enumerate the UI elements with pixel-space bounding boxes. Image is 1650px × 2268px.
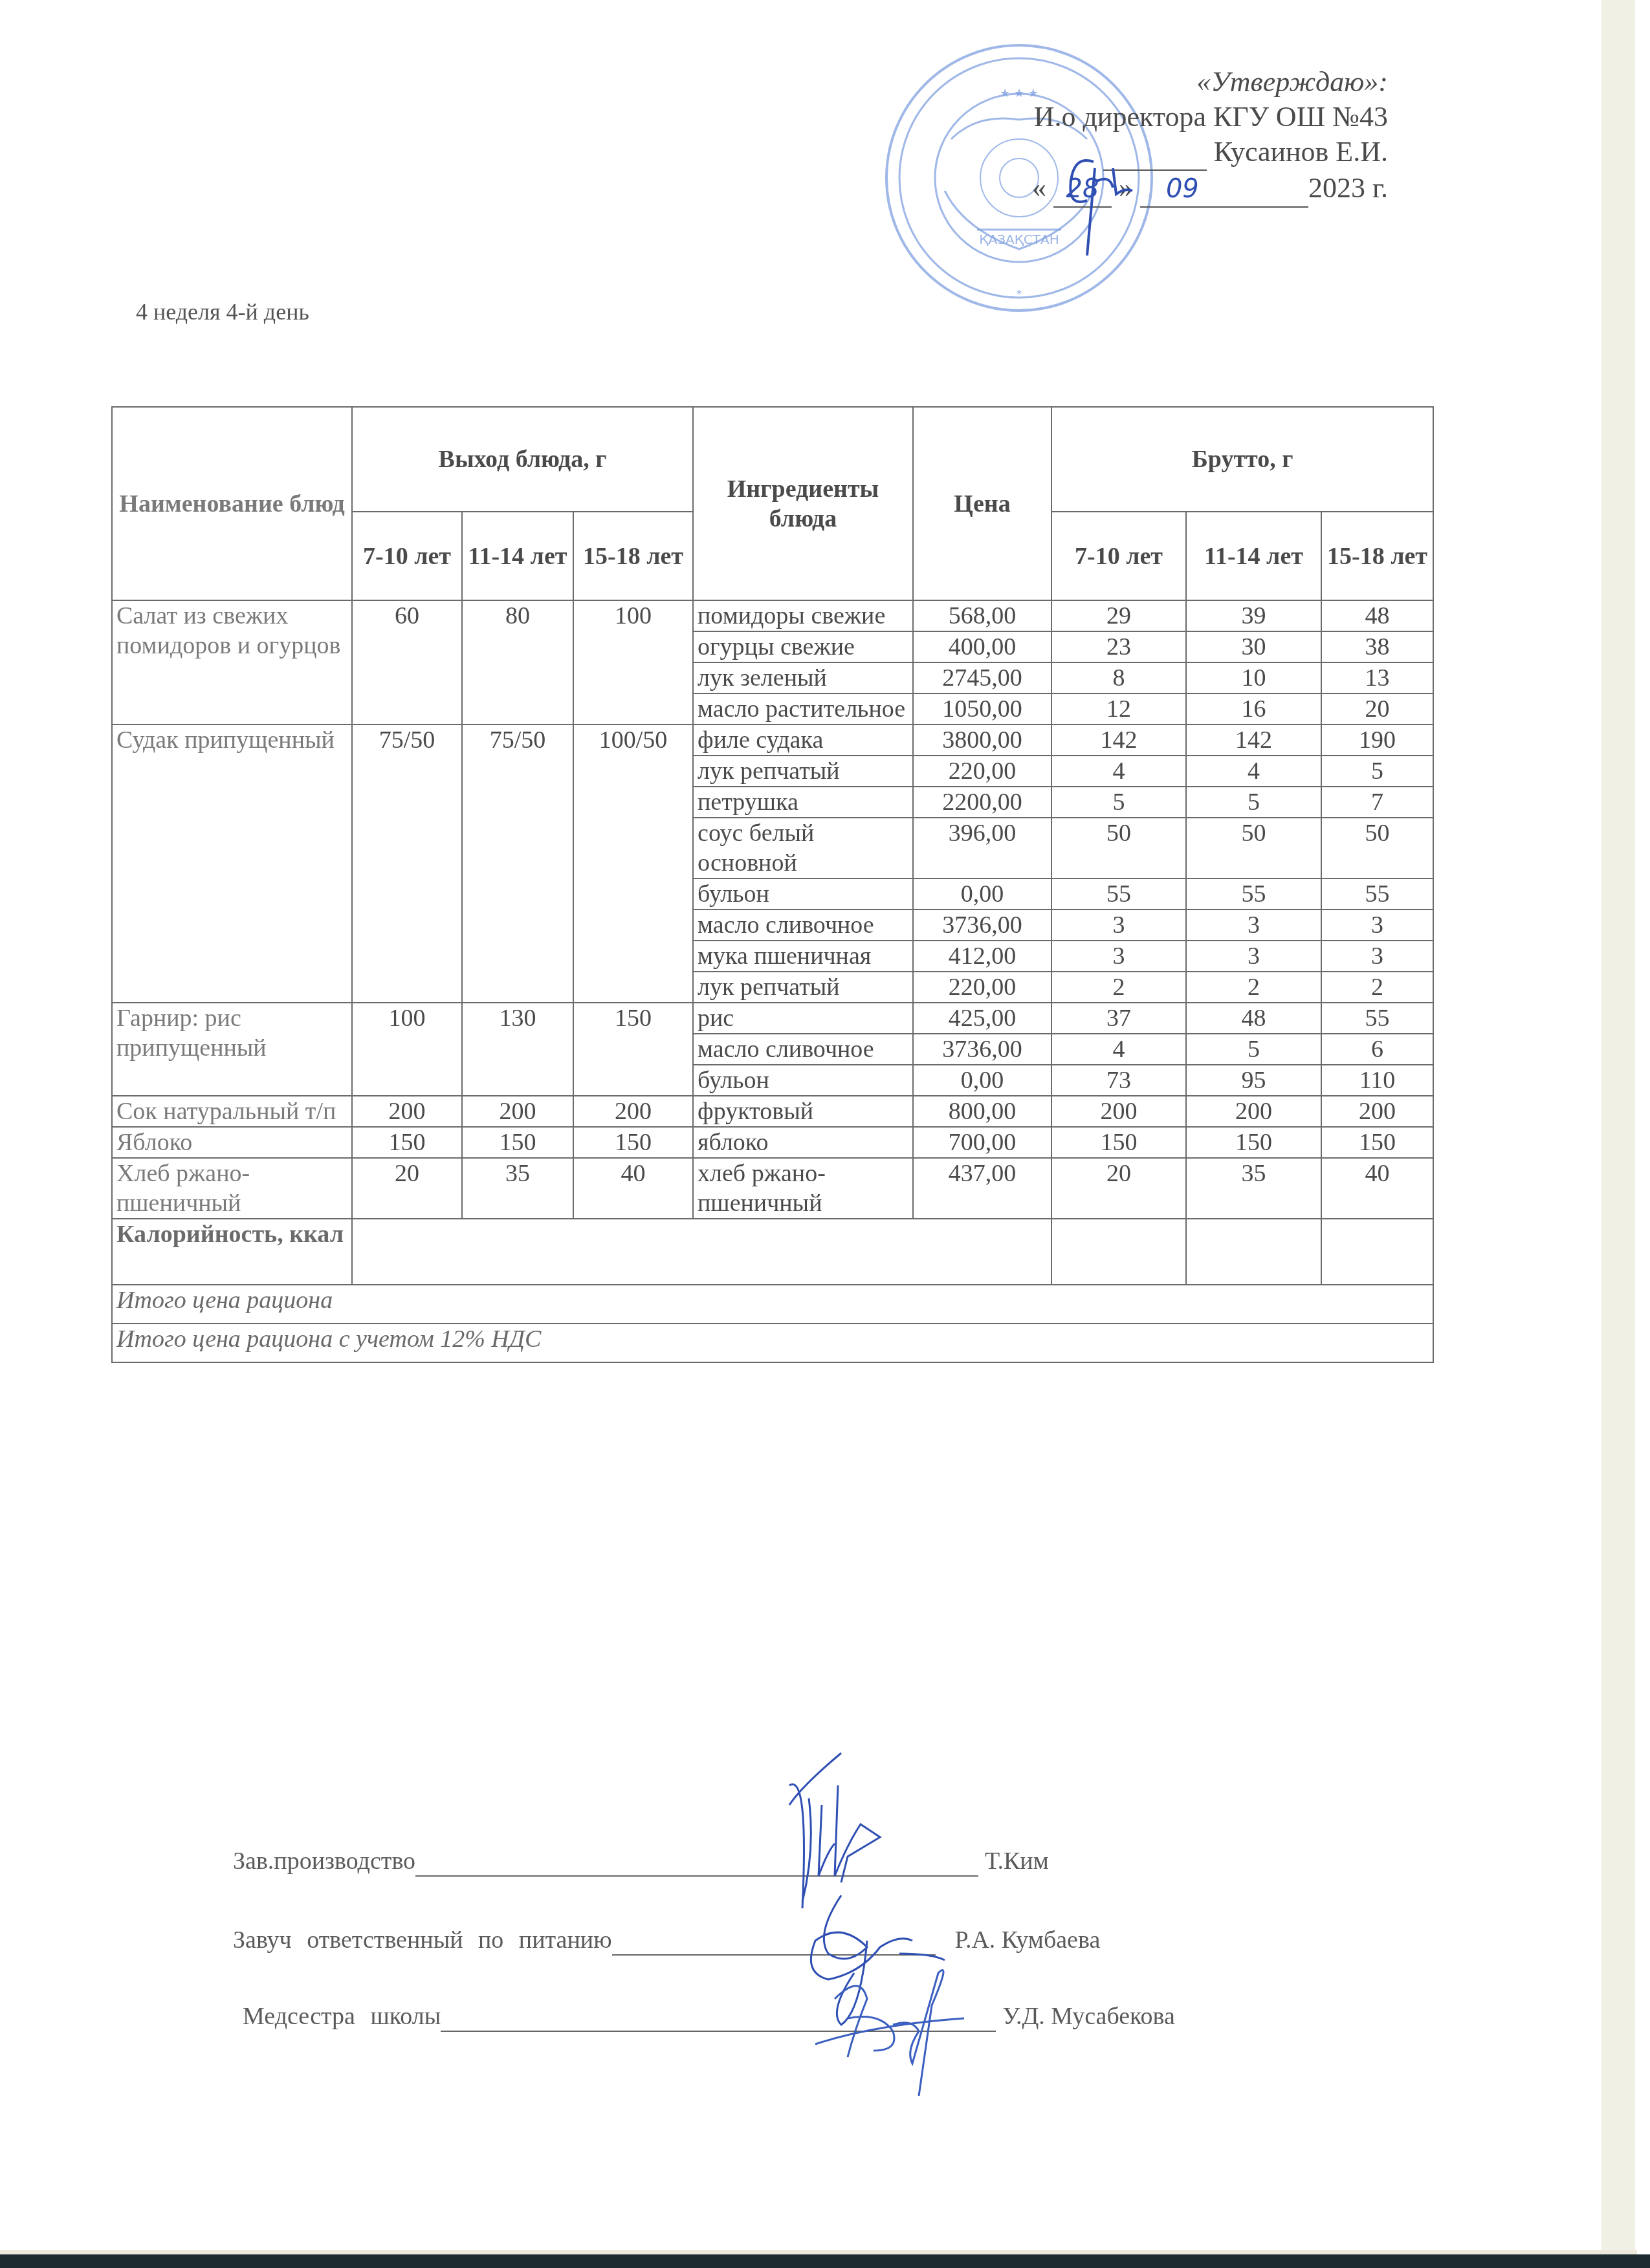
table-row: Сок натуральный т/п200200200фруктовый800… bbox=[112, 1096, 1433, 1127]
ingredient-price: 425,00 bbox=[913, 1003, 1051, 1034]
calories-15-18 bbox=[1321, 1219, 1433, 1285]
signature-name: Р.А. Кумбаева bbox=[955, 1926, 1101, 1954]
ingredient-name: бульон bbox=[693, 878, 913, 910]
ingredient-gross: 3 bbox=[1186, 910, 1321, 941]
header-yield-age-7-10: 7-10 лет bbox=[352, 512, 462, 600]
header-ingredients: Ингредиенты блюда bbox=[693, 407, 913, 600]
ingredient-price: 568,00 bbox=[913, 600, 1051, 631]
dish-name: Судак припущенный bbox=[112, 725, 352, 1003]
scan-background bbox=[0, 2254, 1650, 2268]
table-row: Салат из свежих помидоров и огурцов60801… bbox=[112, 600, 1433, 631]
ingredient-gross: 3 bbox=[1321, 910, 1433, 941]
ingredient-gross: 3 bbox=[1051, 910, 1186, 941]
ingredient-gross: 150 bbox=[1051, 1127, 1186, 1158]
approval-title: «Утверждаю»: bbox=[958, 65, 1388, 100]
ingredient-gross: 8 bbox=[1051, 662, 1186, 693]
ingredient-gross: 150 bbox=[1186, 1127, 1321, 1158]
dish-yield: 35 bbox=[462, 1158, 573, 1219]
handwritten-signature-icon bbox=[764, 1747, 932, 1915]
dish-name: Гарнир: рис припущенный bbox=[112, 1003, 352, 1096]
ingredient-gross: 200 bbox=[1051, 1096, 1186, 1127]
dish-yield: 100 bbox=[352, 1003, 462, 1096]
menu-table-body: Салат из свежих помидоров и огурцов60801… bbox=[112, 600, 1433, 1219]
total-vat-price-label: Итого цена рациона с учетом 12% НДС bbox=[112, 1324, 1433, 1362]
ingredient-price: 2200,00 bbox=[913, 787, 1051, 818]
date-open-quote: « bbox=[1032, 172, 1046, 204]
table-row: Хлеб ржано-пшеничный203540хлеб ржано-пше… bbox=[112, 1158, 1433, 1219]
ingredient-gross: 20 bbox=[1321, 693, 1433, 725]
dish-yield: 200 bbox=[462, 1096, 573, 1127]
ingredient-gross: 5 bbox=[1321, 756, 1433, 787]
ingredient-price: 437,00 bbox=[913, 1158, 1051, 1219]
ingredient-gross: 50 bbox=[1051, 818, 1186, 878]
total-vat-row: Итого цена рациона с учетом 12% НДС bbox=[112, 1324, 1433, 1362]
approval-block: «Утверждаю»: И.о директора КГУ ОШ №43 Ку… bbox=[958, 65, 1388, 208]
ingredient-gross: 10 bbox=[1186, 662, 1321, 693]
signature-line-nurse: Медсестра школы У.Д. Мусабекова bbox=[243, 2002, 1175, 2032]
ingredient-gross: 29 bbox=[1051, 600, 1186, 631]
calories-11-14 bbox=[1186, 1219, 1321, 1285]
dish-name: Сок натуральный т/п bbox=[112, 1096, 352, 1127]
dish-yield: 80 bbox=[462, 600, 573, 725]
table-row: Гарнир: рис припущенный100130150рис425,0… bbox=[112, 1003, 1433, 1034]
ingredient-gross: 110 bbox=[1321, 1065, 1433, 1096]
ingredient-gross: 12 bbox=[1051, 693, 1186, 725]
ingredient-price: 700,00 bbox=[913, 1127, 1051, 1158]
ingredient-name: мука пшеничная bbox=[693, 941, 913, 972]
ingredient-price: 396,00 bbox=[913, 818, 1051, 878]
ingredient-name: лук репчатый bbox=[693, 756, 913, 787]
ingredient-gross: 39 bbox=[1186, 600, 1321, 631]
signature-name: Т.Ким bbox=[985, 1848, 1049, 1875]
ingredient-price: 400,00 bbox=[913, 631, 1051, 662]
dish-yield: 20 bbox=[352, 1158, 462, 1219]
dish-yield: 150 bbox=[352, 1127, 462, 1158]
ingredient-gross: 2 bbox=[1186, 972, 1321, 1003]
calories-label: Калорийность, ккал bbox=[112, 1219, 352, 1285]
ingredient-price: 3736,00 bbox=[913, 1034, 1051, 1065]
header-price: Цена bbox=[913, 407, 1051, 600]
ingredient-name: соус белый основной bbox=[693, 818, 913, 878]
week-day-label: 4 неделя 4-й день bbox=[136, 296, 330, 327]
signature-line-production: Зав.производство Т.Ким bbox=[233, 1847, 1049, 1877]
ingredient-gross: 20 bbox=[1051, 1158, 1186, 1219]
dish-yield: 100/50 bbox=[573, 725, 693, 1003]
approval-position: И.о директора КГУ ОШ №43 bbox=[958, 100, 1388, 135]
ingredient-gross: 38 bbox=[1321, 631, 1433, 662]
ingredient-gross: 48 bbox=[1321, 600, 1433, 631]
dish-yield: 100 bbox=[573, 600, 693, 725]
header-yield: Выход блюда, г bbox=[352, 407, 693, 512]
approval-name: Кусаинов Е.И. bbox=[1214, 136, 1388, 168]
ingredient-gross: 55 bbox=[1051, 878, 1186, 910]
signature-role: Медсестра школы bbox=[243, 2003, 441, 2030]
table-row: Яблоко150150150яблоко700,00150150150 bbox=[112, 1127, 1433, 1158]
signature-line-nutrition: Завуч ответственный по питанию Р.А. Кумб… bbox=[233, 1926, 1100, 1956]
header-gross-age-11-14: 11-14 лет bbox=[1186, 512, 1321, 600]
ingredient-name: помидоры свежие bbox=[693, 600, 913, 631]
ingredient-name: фруктовый bbox=[693, 1096, 913, 1127]
total-row: Итого цена рациона bbox=[112, 1285, 1433, 1324]
ingredient-gross: 55 bbox=[1186, 878, 1321, 910]
ingredient-gross: 2 bbox=[1321, 972, 1433, 1003]
dish-yield: 60 bbox=[352, 600, 462, 725]
date-month: 09 bbox=[1140, 171, 1308, 208]
ingredient-gross: 4 bbox=[1186, 756, 1321, 787]
header-dish-name: Наименование блюд bbox=[112, 407, 352, 600]
ingredient-gross: 16 bbox=[1186, 693, 1321, 725]
menu-table: Наименование блюд Выход блюда, г Ингреди… bbox=[111, 406, 1434, 1363]
ingredient-price: 0,00 bbox=[913, 878, 1051, 910]
dish-yield: 150 bbox=[573, 1003, 693, 1096]
ingredient-price: 412,00 bbox=[913, 941, 1051, 972]
ingredient-gross: 13 bbox=[1321, 662, 1433, 693]
ingredient-gross: 4 bbox=[1051, 756, 1186, 787]
ingredient-gross: 142 bbox=[1051, 725, 1186, 756]
ingredient-price: 800,00 bbox=[913, 1096, 1051, 1127]
dish-yield: 40 bbox=[573, 1158, 693, 1219]
date-year: 2023 г. bbox=[1308, 172, 1388, 204]
signature-role: Зав.производство bbox=[233, 1848, 415, 1875]
ingredient-gross: 3 bbox=[1186, 941, 1321, 972]
ingredient-gross: 200 bbox=[1186, 1096, 1321, 1127]
ingredient-gross: 23 bbox=[1051, 631, 1186, 662]
ingredient-gross: 95 bbox=[1186, 1065, 1321, 1096]
ingredient-gross: 3 bbox=[1321, 941, 1433, 972]
ingredient-gross: 190 bbox=[1321, 725, 1433, 756]
ingredient-price: 2745,00 bbox=[913, 662, 1051, 693]
dish-yield: 130 bbox=[462, 1003, 573, 1096]
ingredient-gross: 73 bbox=[1051, 1065, 1186, 1096]
ingredient-gross: 4 bbox=[1051, 1034, 1186, 1065]
header-gross-age-15-18: 15-18 лет bbox=[1321, 512, 1433, 600]
ingredient-price: 220,00 bbox=[913, 972, 1051, 1003]
ingredient-price: 0,00 bbox=[913, 1065, 1051, 1096]
total-price-label: Итого цена рациона bbox=[112, 1285, 1433, 1324]
header-gross-age-7-10: 7-10 лет bbox=[1051, 512, 1186, 600]
dish-yield: 150 bbox=[462, 1127, 573, 1158]
ingredient-gross: 7 bbox=[1321, 787, 1433, 818]
ingredient-price: 1050,00 bbox=[913, 693, 1051, 725]
ingredient-gross: 40 bbox=[1321, 1158, 1433, 1219]
ingredient-gross: 50 bbox=[1186, 818, 1321, 878]
header-gross: Брутто, г bbox=[1051, 407, 1433, 512]
svg-text:*: * bbox=[1017, 288, 1022, 300]
ingredient-name: бульон bbox=[693, 1065, 913, 1096]
ingredient-gross: 35 bbox=[1186, 1158, 1321, 1219]
date-day: 28 bbox=[1053, 171, 1112, 208]
scan-page-edge bbox=[1601, 0, 1635, 2261]
ingredient-price: 3800,00 bbox=[913, 725, 1051, 756]
dish-yield: 200 bbox=[352, 1096, 462, 1127]
ingredient-gross: 55 bbox=[1321, 1003, 1433, 1034]
dish-name: Салат из свежих помидоров и огурцов bbox=[112, 600, 352, 725]
calories-7-10 bbox=[1051, 1219, 1186, 1285]
dish-name: Хлеб ржано-пшеничный bbox=[112, 1158, 352, 1219]
ingredient-gross: 5 bbox=[1186, 787, 1321, 818]
ingredient-gross: 3 bbox=[1051, 941, 1186, 972]
ingredient-price: 3736,00 bbox=[913, 910, 1051, 941]
ingredient-gross: 37 bbox=[1051, 1003, 1186, 1034]
ingredient-gross: 200 bbox=[1321, 1096, 1433, 1127]
calories-empty bbox=[352, 1219, 1051, 1285]
ingredient-name: масло сливочное bbox=[693, 1034, 913, 1065]
ingredient-gross: 6 bbox=[1321, 1034, 1433, 1065]
ingredient-gross: 30 bbox=[1186, 631, 1321, 662]
svg-text:ҚАЗАҚСТАН: ҚАЗАҚСТАН bbox=[979, 232, 1059, 247]
ingredient-name: филе судака bbox=[693, 725, 913, 756]
ingredient-gross: 5 bbox=[1051, 787, 1186, 818]
signature-role: Завуч ответственный по питанию bbox=[233, 1926, 612, 1954]
header-yield-age-11-14: 11-14 лет bbox=[462, 512, 573, 600]
ingredient-gross: 50 bbox=[1321, 818, 1433, 878]
dish-yield: 75/50 bbox=[352, 725, 462, 1003]
ingredient-gross: 48 bbox=[1186, 1003, 1321, 1034]
dish-yield: 150 bbox=[573, 1127, 693, 1158]
ingredient-gross: 150 bbox=[1321, 1127, 1433, 1158]
ingredient-name: лук зеленый bbox=[693, 662, 913, 693]
ingredient-name: масло сливочное bbox=[693, 910, 913, 941]
ingredient-gross: 2 bbox=[1051, 972, 1186, 1003]
dish-name: Яблоко bbox=[112, 1127, 352, 1158]
ingredient-gross: 142 bbox=[1186, 725, 1321, 756]
ingredient-gross: 55 bbox=[1321, 878, 1433, 910]
ingredient-gross: 5 bbox=[1186, 1034, 1321, 1065]
ingredient-name: хлеб ржано-пшеничный bbox=[693, 1158, 913, 1219]
table-row: Судак припущенный75/5075/50100/50филе су… bbox=[112, 725, 1433, 756]
ingredient-name: яблоко bbox=[693, 1127, 913, 1158]
signature-name: У.Д. Мусабекова bbox=[1002, 2003, 1175, 2030]
ingredient-name: рис bbox=[693, 1003, 913, 1034]
ingredient-name: лук репчатый bbox=[693, 972, 913, 1003]
ingredient-name: масло растительное bbox=[693, 693, 913, 725]
ingredient-name: петрушка bbox=[693, 787, 913, 818]
dish-yield: 75/50 bbox=[462, 725, 573, 1003]
ingredient-name: огурцы свежие bbox=[693, 631, 913, 662]
header-yield-age-15-18: 15-18 лет bbox=[573, 512, 693, 600]
date-close-quote: » bbox=[1119, 172, 1133, 204]
calories-row: Калорийность, ккал bbox=[112, 1219, 1433, 1285]
dish-yield: 200 bbox=[573, 1096, 693, 1127]
ingredient-price: 220,00 bbox=[913, 756, 1051, 787]
